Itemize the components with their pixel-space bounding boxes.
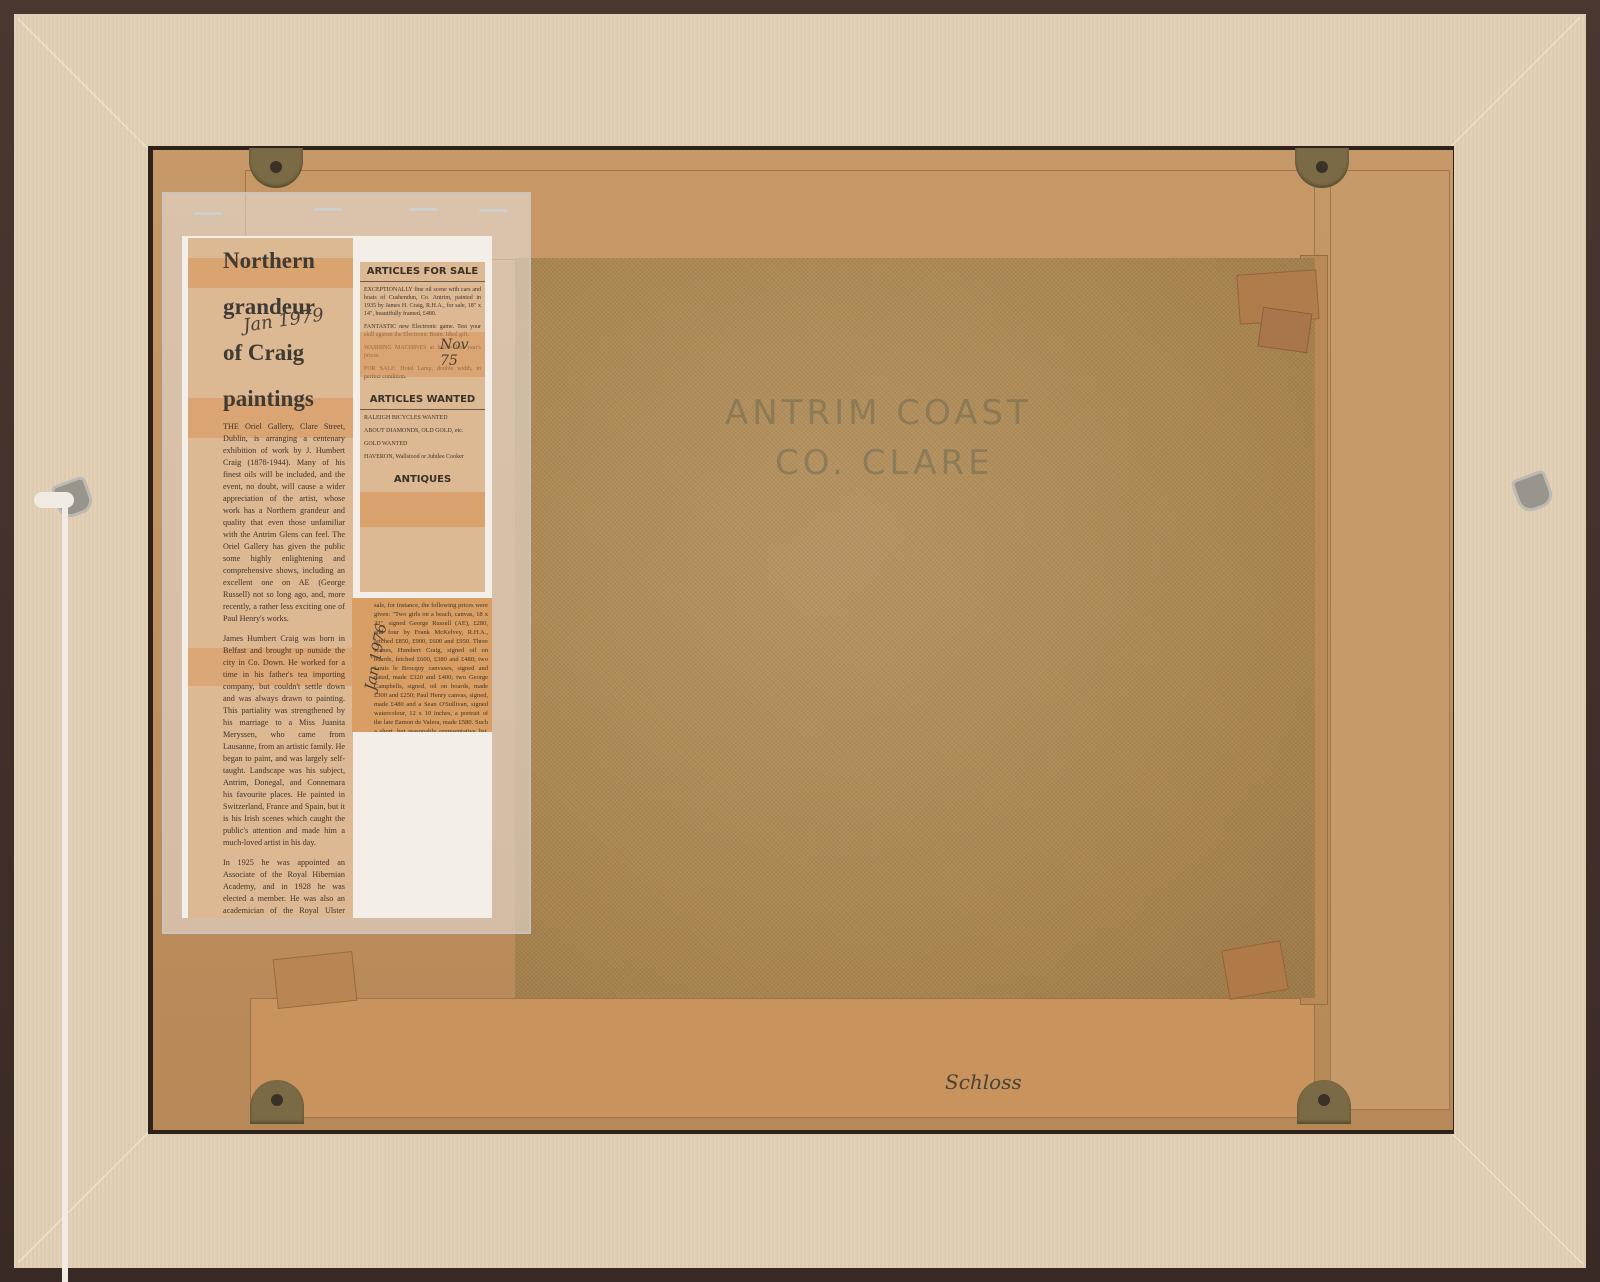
corner-key: [1221, 940, 1289, 1000]
section-header: ARTICLES FOR SALE: [360, 262, 485, 282]
stretcher-signature: Schloss: [945, 1070, 1022, 1094]
hanging-cord-knot: [34, 492, 74, 508]
hanging-cord: [62, 495, 68, 1282]
article-paragraph: In 1925 he was appointed an Associate of…: [223, 857, 345, 918]
canvas-inscription-line1: ANTRIM COAST: [725, 393, 1032, 433]
classified-ad: EXCEPTIONALLY fine oil scene with cars a…: [364, 286, 481, 318]
classified-ad: ABOUT DIAMONDS, OLD GOLD, etc.: [364, 427, 481, 435]
corner-key: [1257, 307, 1312, 354]
canvas-back: ANTRIM COAST CO. CLARE: [515, 258, 1315, 998]
clipping-auction: sale, for instance, the following prices…: [352, 598, 492, 732]
clipping-article: Northern grandeur of Craig paintings Jan…: [188, 238, 353, 918]
article-paragraph: THE Oriel Gallery, Clare Street, Dublin,…: [223, 421, 345, 625]
stretcher-bar-bottom: [250, 998, 1315, 1118]
section-header: ANTIQUES: [360, 470, 485, 489]
handwritten-note: Nov 75: [440, 337, 485, 369]
classified-ad: HAVERON, Wallstood or Jubilee Cooker: [364, 453, 481, 461]
corner-key: [273, 951, 358, 1009]
headline-line: of Craig: [223, 330, 315, 376]
classified-ad: RALEIGH BICYCLES WANTED: [364, 414, 481, 422]
headline-line: Northern: [223, 238, 315, 284]
article-paragraph: James Humbert Craig was born in Belfast …: [223, 633, 345, 849]
classified-ad: GOLD WANTED: [364, 440, 481, 448]
section-header: ARTICLES WANTED: [360, 390, 485, 410]
stretcher-paper-right: [1330, 170, 1450, 1110]
canvas-inscription-line2: CO. CLARE: [775, 443, 994, 483]
headline-line: paintings: [223, 376, 315, 422]
clipping-classifieds: ARTICLES FOR SALE EXCEPTIONALLY fine oil…: [360, 262, 485, 592]
